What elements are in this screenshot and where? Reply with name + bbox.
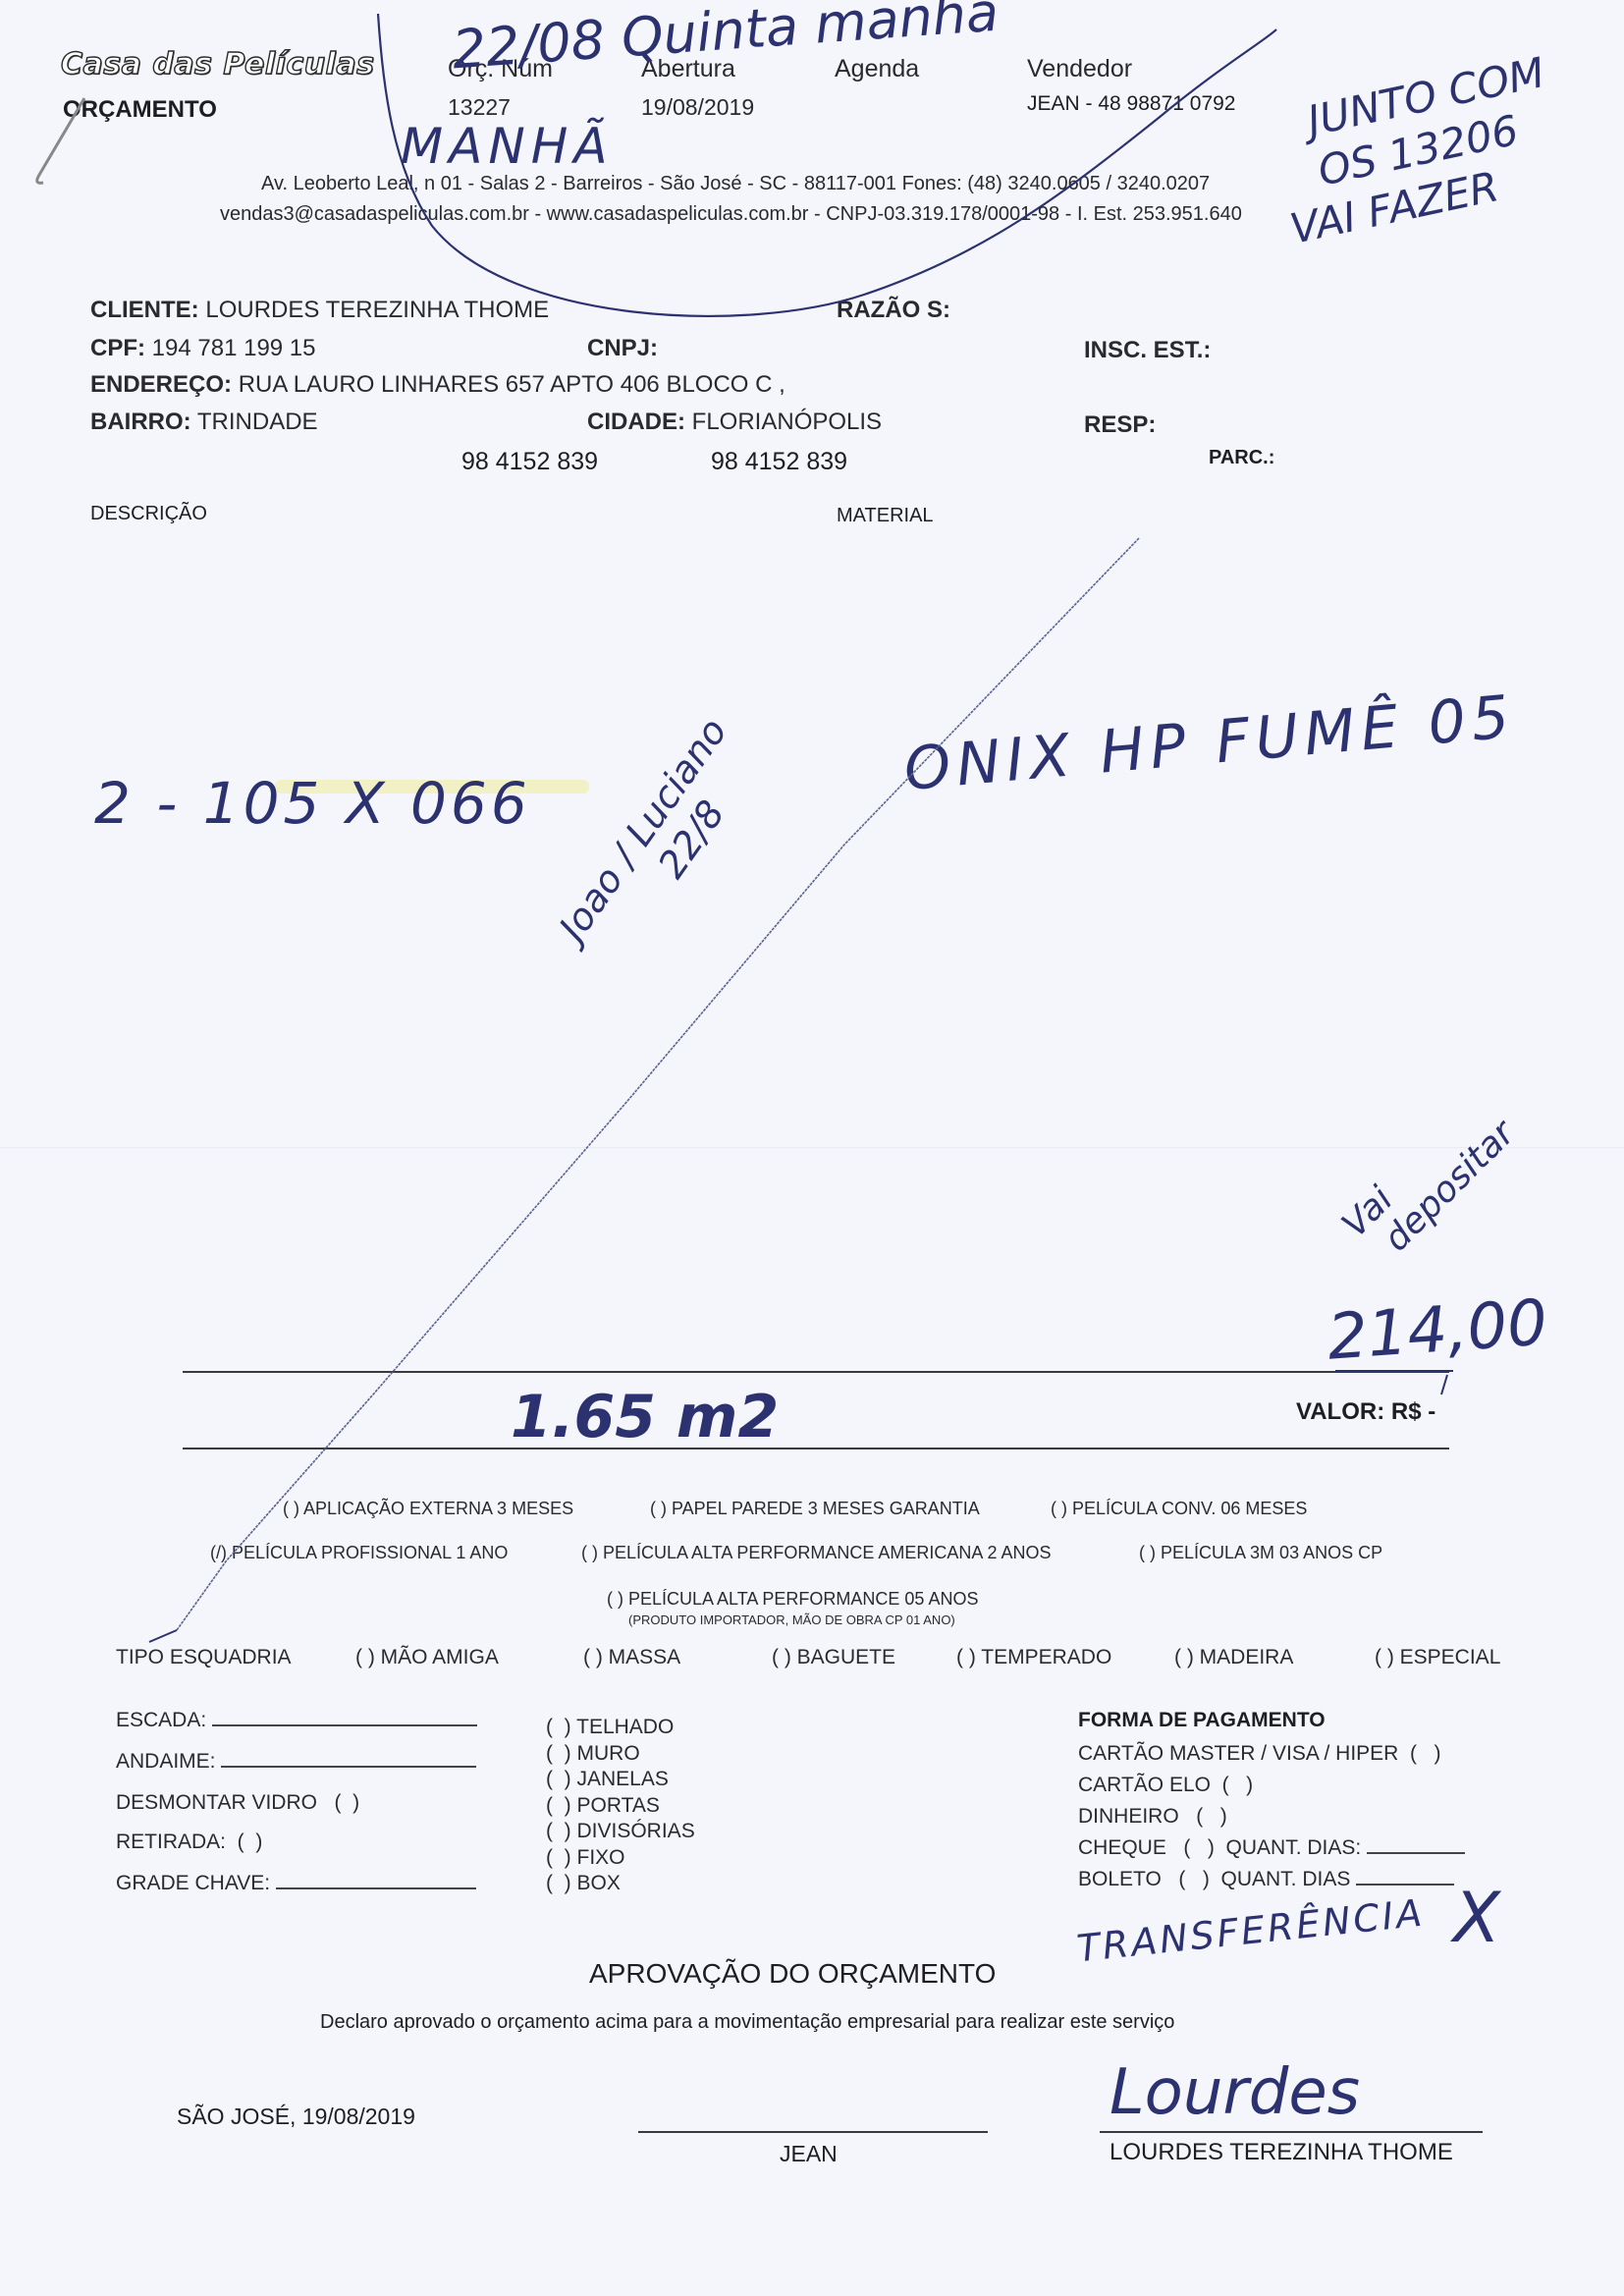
client-signature-line bbox=[1100, 2131, 1483, 2133]
desmontar-label: DESMONTAR VIDRO bbox=[116, 1791, 317, 1814]
handwritten-material: ONIX HP FUMÊ 05 bbox=[901, 683, 1518, 804]
desmontar-field[interactable]: DESMONTAR VIDRO ( ) bbox=[116, 1791, 359, 1815]
esquadria-option-label: MADEIRA bbox=[1200, 1646, 1294, 1668]
option-alta-performance-americana[interactable]: ( ) PELÍCULA ALTA PERFORMANCE AMERICANA … bbox=[581, 1543, 1051, 1563]
diagonal-stroke bbox=[177, 538, 1139, 1630]
approval-place-date: SÃO JOSÉ, 19/08/2019 bbox=[177, 2104, 415, 2130]
resp-label: RESP: bbox=[1084, 411, 1156, 438]
location-box[interactable]: ( ) BOX bbox=[546, 1871, 695, 1897]
razao-label: RAZÃO S: bbox=[837, 297, 950, 323]
value-underline bbox=[1335, 1371, 1453, 1394]
warranty-note: (PRODUTO IMPORTADOR, MÃO DE OBRA CP 01 A… bbox=[628, 1613, 955, 1627]
company-address: Av. Leoberto Leal, n 01 - Salas 2 - Barr… bbox=[261, 173, 1210, 195]
location-portas[interactable]: ( ) PORTAS bbox=[546, 1793, 695, 1820]
location-janelas[interactable]: ( ) JANELAS bbox=[546, 1767, 695, 1793]
grade-line bbox=[276, 1887, 476, 1889]
payment-label: CARTÃO MASTER / VISA / HIPER bbox=[1078, 1742, 1398, 1765]
resp-row: RESP: bbox=[1084, 411, 1156, 439]
cheque-days-line[interactable] bbox=[1367, 1852, 1465, 1854]
endereco-row: ENDEREÇO: RUA LAURO LINHARES 657 APTO 40… bbox=[90, 371, 785, 399]
phone-2: 98 4152 839 bbox=[711, 448, 847, 476]
client-signature: Lourdes bbox=[1110, 2056, 1360, 2129]
esquadria-option-label: MASSA bbox=[609, 1646, 681, 1668]
insc-row: INSC. EST.: bbox=[1084, 337, 1211, 364]
cpf-label: CPF: bbox=[90, 335, 145, 361]
approval-title: APROVAÇÃO DO ORÇAMENTO bbox=[589, 1958, 996, 1990]
option-label: PAPEL PAREDE 3 MESES GARANTIA bbox=[672, 1499, 980, 1518]
agenda-label: Agenda bbox=[835, 55, 919, 83]
payment-label: BOLETO bbox=[1078, 1868, 1162, 1890]
cnpj-row: CNPJ: bbox=[587, 335, 658, 362]
escada-field[interactable]: ESCADA: bbox=[116, 1709, 477, 1732]
esquadria-option-label: BAGUETE bbox=[797, 1646, 895, 1668]
andaime-label: ANDAIME: bbox=[116, 1750, 216, 1773]
option-label: PELÍCULA 3M 03 ANOS CP bbox=[1161, 1543, 1382, 1562]
client-name: LOURDES TEREZINHA THOME bbox=[1110, 2139, 1453, 2166]
cnpj-label: CNPJ: bbox=[587, 335, 658, 361]
location-label: PORTAS bbox=[577, 1794, 660, 1817]
handwritten-description: 2 - 105 X 066 bbox=[94, 770, 531, 837]
abertura-value: 19/08/2019 bbox=[641, 94, 754, 121]
payment-boleto[interactable]: BOLETO ( ) QUANT. DIAS bbox=[1078, 1864, 1465, 1895]
escada-label: ESCADA: bbox=[116, 1709, 206, 1731]
cpf-row: CPF: 194 781 199 15 bbox=[90, 335, 316, 362]
payment-master[interactable]: CARTÃO MASTER / VISA / HIPER ( ) bbox=[1078, 1738, 1465, 1770]
handwritten-value: 214,00 bbox=[1326, 1286, 1550, 1374]
approval-statement: Declaro aprovado o orçamento acima para … bbox=[320, 2011, 1174, 2034]
valor-label: VALOR: R$ - bbox=[1296, 1398, 1435, 1426]
bairro-label: BAIRRO: bbox=[90, 409, 191, 435]
location-fixo[interactable]: ( ) FIXO bbox=[546, 1845, 695, 1872]
esquadria-baguete[interactable]: ( ) BAGUETE bbox=[772, 1646, 895, 1669]
location-divisorias[interactable]: ( ) DIVISÓRIAS bbox=[546, 1819, 695, 1845]
retirada-field[interactable]: RETIRADA: ( ) bbox=[116, 1831, 262, 1854]
bairro-value: TRINDADE bbox=[197, 409, 318, 435]
cpf-value: 194 781 199 15 bbox=[152, 335, 316, 361]
endereco-label: ENDEREÇO: bbox=[90, 371, 232, 398]
location-label: TELHADO bbox=[576, 1716, 674, 1738]
material-label: MATERIAL bbox=[837, 505, 934, 527]
location-list: ( ) TELHADO ( ) MURO ( ) JANELAS ( ) POR… bbox=[546, 1715, 695, 1897]
esquadria-option-label: MÃO AMIGA bbox=[381, 1646, 499, 1668]
option-label: PELÍCULA ALTA PERFORMANCE AMERICANA 2 AN… bbox=[603, 1543, 1051, 1562]
seller-signature-line bbox=[638, 2131, 988, 2133]
doc-type: ORÇAMENTO bbox=[63, 96, 217, 124]
paper-fold bbox=[0, 1147, 1624, 1150]
esquadria-label: TIPO ESQUADRIA bbox=[116, 1646, 292, 1669]
andaime-line bbox=[221, 1766, 476, 1768]
handwritten-payment-mark: X bbox=[1453, 1878, 1500, 1958]
endereco-value: RUA LAURO LINHARES 657 APTO 406 BLOCO C … bbox=[239, 371, 785, 398]
option-alta-performance-05[interactable]: ( ) PELÍCULA ALTA PERFORMANCE 05 ANOS bbox=[607, 1589, 978, 1610]
payment-title: FORMA DE PAGAMENTO bbox=[1078, 1709, 1326, 1732]
vendedor-value: JEAN - 48 98871 0792 bbox=[1027, 92, 1235, 116]
cidade-row: CIDADE: FLORIANÓPOLIS bbox=[587, 409, 882, 436]
location-label: DIVISÓRIAS bbox=[577, 1820, 695, 1842]
cidade-value: FLORIANÓPOLIS bbox=[692, 409, 882, 435]
esquadria-mao-amiga[interactable]: ( ) MÃO AMIGA bbox=[355, 1646, 499, 1669]
esquadria-option-label: ESPECIAL bbox=[1400, 1646, 1501, 1668]
location-label: MURO bbox=[577, 1742, 640, 1765]
diagonal-tail bbox=[149, 1630, 177, 1642]
payment-label: CARTÃO ELO bbox=[1078, 1774, 1211, 1796]
payment-cheque[interactable]: CHEQUE ( ) QUANT. DIAS: bbox=[1078, 1832, 1465, 1864]
cliente-label: CLIENTE: bbox=[90, 297, 199, 323]
option-pelicula-profissional[interactable]: (/) PELÍCULA PROFISSIONAL 1 ANO bbox=[210, 1543, 508, 1563]
andaime-field[interactable]: ANDAIME: bbox=[116, 1750, 476, 1774]
handwritten-payment-transfer: TRANSFERÊNCIA bbox=[1075, 1891, 1427, 1971]
boleto-days-label: QUANT. DIAS bbox=[1220, 1868, 1350, 1890]
payment-elo[interactable]: CARTÃO ELO ( ) bbox=[1078, 1770, 1465, 1801]
esquadria-option-label: TEMPERADO bbox=[981, 1646, 1111, 1668]
company-logo: Casa das Películas bbox=[61, 47, 374, 82]
cliente-value: LOURDES TEREZINHA THOME bbox=[205, 297, 549, 323]
option-label: PELÍCULA ALTA PERFORMANCE 05 ANOS bbox=[628, 1589, 978, 1609]
total-line-top bbox=[183, 1371, 1449, 1373]
location-label: FIXO bbox=[577, 1846, 625, 1869]
retirada-label: RETIRADA: bbox=[116, 1831, 226, 1853]
option-papel-parede[interactable]: ( ) PAPEL PAREDE 3 MESES GARANTIA bbox=[650, 1499, 980, 1519]
esquadria-massa[interactable]: ( ) MASSA bbox=[583, 1646, 680, 1669]
location-telhado[interactable]: ( ) TELHADO bbox=[546, 1715, 695, 1741]
payment-methods: CARTÃO MASTER / VISA / HIPER ( ) CARTÃO … bbox=[1078, 1738, 1465, 1895]
handwritten-area: 1.65 m2 bbox=[511, 1383, 779, 1451]
company-contact: vendas3@casadaspeliculas.com.br - www.ca… bbox=[220, 203, 1242, 226]
grade-label: GRADE CHAVE: bbox=[116, 1872, 270, 1894]
esquadria-madeira[interactable]: ( ) MADEIRA bbox=[1174, 1646, 1293, 1669]
escada-line bbox=[212, 1724, 477, 1726]
location-label: BOX bbox=[577, 1872, 621, 1894]
handwritten-note-top-right: JUNTO COM OS 13206 VAI FAZER bbox=[1303, 36, 1623, 247]
descricao-label: DESCRIÇÃO bbox=[90, 503, 207, 525]
parc-label: PARC.: bbox=[1209, 447, 1274, 469]
option-label: PELÍCULA PROFISSIONAL 1 ANO bbox=[232, 1543, 508, 1562]
razao-row: RAZÃO S: bbox=[837, 297, 950, 324]
esquadria-especial[interactable]: ( ) ESPECIAL bbox=[1375, 1646, 1500, 1669]
orc-num-value: 13227 bbox=[448, 94, 511, 121]
option-pelicula-conv[interactable]: ( ) PELÍCULA CONV. 06 MESES bbox=[1051, 1499, 1307, 1519]
payment-label: CHEQUE bbox=[1078, 1836, 1166, 1859]
option-pelicula-3m[interactable]: ( ) PELÍCULA 3M 03 ANOS CP bbox=[1139, 1543, 1382, 1563]
seller-name: JEAN bbox=[780, 2141, 838, 2167]
handwritten-installers: Joao / Luciano 22/8 bbox=[550, 710, 774, 975]
handwritten-manha: MANHÃ bbox=[401, 118, 614, 175]
bairro-row: BAIRRO: TRINDADE bbox=[90, 409, 318, 436]
location-muro[interactable]: ( ) MURO bbox=[546, 1741, 695, 1768]
cidade-label: CIDADE: bbox=[587, 409, 685, 435]
esquadria-temperado[interactable]: ( ) TEMPERADO bbox=[956, 1646, 1111, 1669]
boleto-days-line[interactable] bbox=[1356, 1884, 1454, 1886]
client-row: CLIENTE: LOURDES TEREZINHA THOME bbox=[90, 297, 549, 324]
phone-1: 98 4152 839 bbox=[461, 448, 598, 476]
total-line-bottom bbox=[183, 1448, 1449, 1449]
option-label: APLICAÇÃO EXTERNA 3 MESES bbox=[303, 1499, 573, 1518]
option-aplicacao-externa[interactable]: ( ) APLICAÇÃO EXTERNA 3 MESES bbox=[283, 1499, 573, 1519]
payment-label: DINHEIRO bbox=[1078, 1805, 1179, 1828]
location-label: JANELAS bbox=[577, 1768, 669, 1790]
payment-dinheiro[interactable]: DINHEIRO ( ) bbox=[1078, 1801, 1465, 1832]
insc-label: INSC. EST.: bbox=[1084, 337, 1211, 363]
handwritten-deposit-note: Vai depositar bbox=[1335, 1086, 1523, 1274]
vendedor-label: Vendedor bbox=[1027, 55, 1132, 83]
cheque-days-label: QUANT. DIAS: bbox=[1226, 1836, 1362, 1859]
grade-field[interactable]: GRADE CHAVE: bbox=[116, 1872, 476, 1895]
option-label: PELÍCULA CONV. 06 MESES bbox=[1072, 1499, 1307, 1518]
